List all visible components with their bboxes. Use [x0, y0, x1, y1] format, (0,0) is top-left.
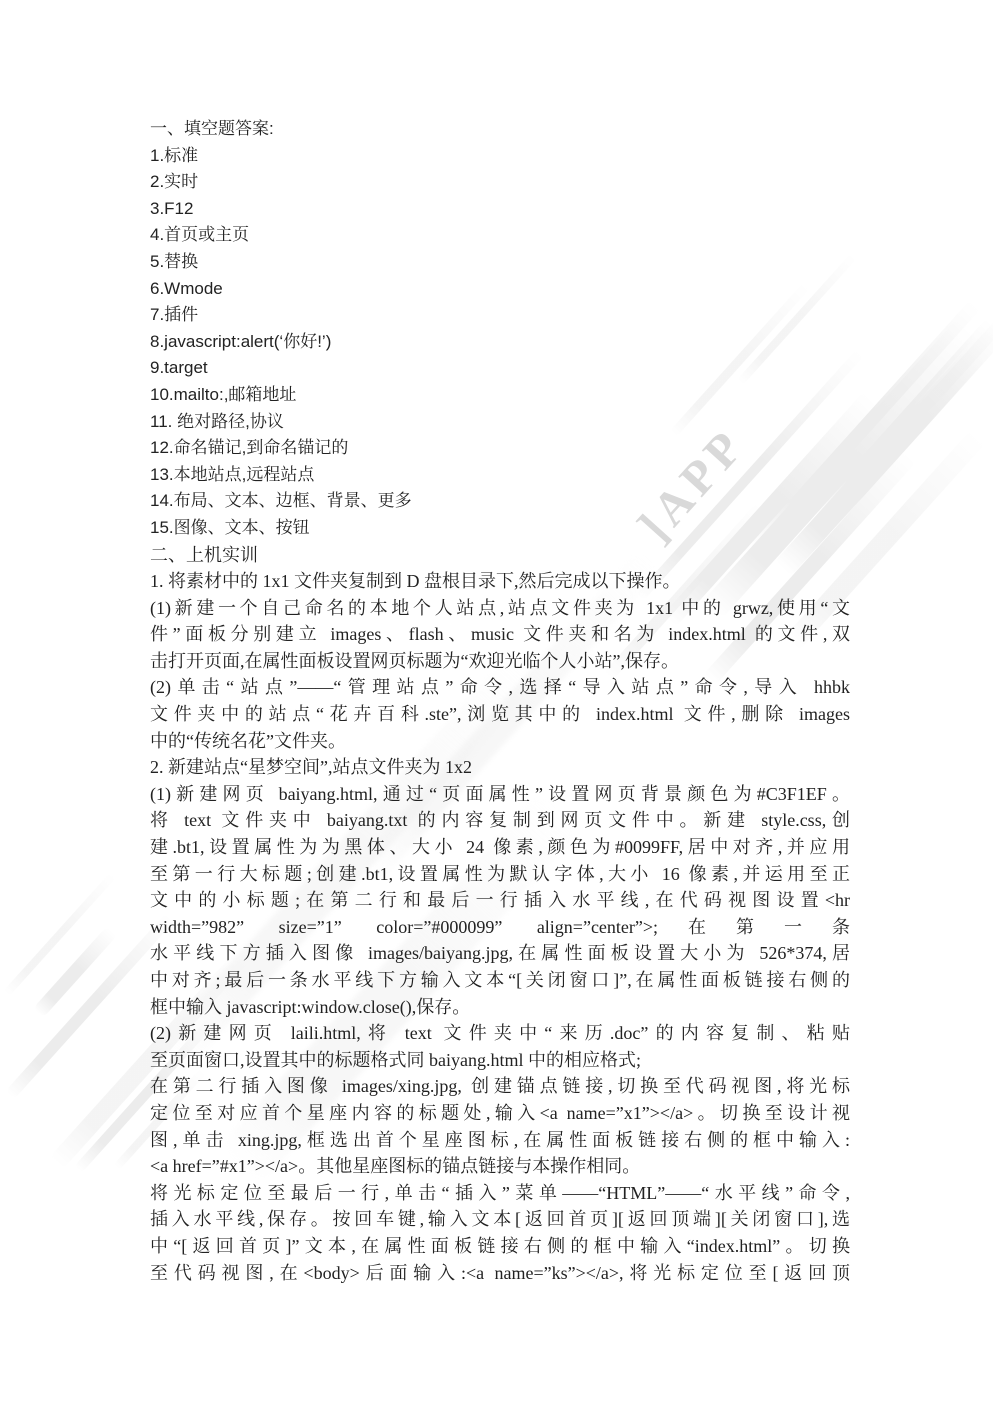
text-line: 文件夹中的站点“花卉百科.ste”,浏览其中的 index.html 文件,删除…: [150, 701, 850, 728]
text-line: 至页面窗口,设置其中的标题格式同 baiyang.html 中的相应格式;: [150, 1047, 850, 1074]
answer-line: 3.F12: [150, 196, 850, 223]
training-section-lines: 1. 将素材中的 1x1 文件夹复制到 D 盘根目录下,然后完成以下操作。(1)…: [150, 568, 850, 1286]
document-content: 一、填空题答案: 1.标准2.实时3.F124.首页或主页5.替换6.Wmode…: [150, 116, 850, 1286]
training-heading: 二、上机实训: [150, 542, 850, 569]
text-line: 中对齐;最后一条水平线下方输入文本“[关闭窗口]”,在属性面板链接右侧的: [150, 967, 850, 994]
answers-section: 一、填空题答案: 1.标准2.实时3.F124.首页或主页5.替换6.Wmode…: [150, 116, 850, 542]
text-line: 2. 新建站点“星梦空间”,站点文件夹为 1x2: [150, 754, 850, 781]
text-line: (1)新建网页 baiyang.html,通过“页面属性”设置网页背景颜色为#C…: [150, 781, 850, 808]
text-line: 至代码视图,在<body>后面输入:<a name=”ks”></a>,将光标定…: [150, 1260, 850, 1287]
answer-line: 13.本地站点,远程站点: [150, 462, 850, 489]
text-line: (2)单击“站点”——“管理站点”命令,选择“导入站点”命令,导入 hhbk: [150, 674, 850, 701]
text-line: 图,单击 xing.jpg,框选出首个星座图标,在属性面板链接右侧的框中输入:: [150, 1127, 850, 1154]
answer-line: 10.mailto:,邮箱地址: [150, 382, 850, 409]
text-line: 中“[返回首页]”文本,在属性面板链接右侧的框中输入“index.html”。切…: [150, 1233, 850, 1260]
answer-line: 1.标准: [150, 143, 850, 170]
text-line: 将 text 文件夹中 baiyang.txt 的内容复制到网页文件中。新建 s…: [150, 807, 850, 834]
brush-stroke: [860, 314, 993, 478]
text-line: 定位至对应首个星座内容的标题处,输入<a name=”x1”></a>。切换至设…: [150, 1100, 850, 1127]
text-line: (1)新建一个自己命名的本地个人站点,站点文件夹为 1x1 中的 grwz,使用…: [150, 595, 850, 622]
text-line: (2)新建网页 laili.html,将 text 文件夹中“来历.doc”的内…: [150, 1020, 850, 1047]
text-line: 件”面板分别建立 images、flash、music 文件夹和名为 index…: [150, 621, 850, 648]
brush-stroke: [3, 872, 116, 996]
text-line: 将光标定位至最后一行,单击“插入”菜单——“HTML”——“水平线”命令,: [150, 1180, 850, 1207]
text-line: 插入水平线,保存。按回车键,输入文本[返回首页][返回顶端][关闭窗口],选: [150, 1206, 850, 1233]
answer-line: 14.布局、文本、边框、背景、更多: [150, 488, 850, 515]
text-line: 在第二行插入图像 images/xing.jpg, 创建锚点链接,切换至代码视图…: [150, 1073, 850, 1100]
answer-line: 15.图像、文本、按钮: [150, 515, 850, 542]
brush-stroke: [33, 926, 117, 1017]
text-line: 水平线下方插入图像 images/baiyang.jpg,在属性面板设置大小为 …: [150, 940, 850, 967]
text-line: 中的“传统名花”文件夹。: [150, 728, 850, 755]
text-line: width=”982” size=”1” color=”#000099” ali…: [150, 914, 850, 941]
document-page: ]APP 一、填空题答案: 1.标准2.实时3.F124.首页或主页5.替换6.…: [0, 0, 993, 1404]
text-line: 文中的小标题;在第二行和最后一行插入水平线,在代码视图设置<hr: [150, 887, 850, 914]
text-line: 击打开页面,在属性面板设置网页标题为“欢迎光临个人小站”,保存。: [150, 648, 850, 675]
answer-line: 5.替换: [150, 249, 850, 276]
answer-line: 6.Wmode: [150, 276, 850, 303]
answer-line: 2.实时: [150, 169, 850, 196]
text-line: 至第一行大标题;创建.bt1,设置属性为默认字体,大小 16 像素,并运用至正: [150, 861, 850, 888]
answer-line: 11. 绝对路径,协议: [150, 409, 850, 436]
answer-line: 7.插件: [150, 302, 850, 329]
text-line: 框中输入 javascript:window.close(),保存。: [150, 994, 850, 1021]
training-section: 二、上机实训 1. 将素材中的 1x1 文件夹复制到 D 盘根目录下,然后完成以…: [150, 542, 850, 1287]
answers-section-lines: 1.标准2.实时3.F124.首页或主页5.替换6.Wmode7.插件8.jav…: [150, 143, 850, 542]
text-line: 建.bt1,设置属性为为黑体、大小 24 像素,颜色为#0099FF,居中对齐,…: [150, 834, 850, 861]
answers-heading: 一、填空题答案:: [150, 116, 850, 143]
answer-line: 8.javascript:alert(‘你好!’): [150, 329, 850, 356]
answer-line: 4.首页或主页: [150, 222, 850, 249]
answer-line: 12.命名锚记,到命名锚记的: [150, 435, 850, 462]
text-line: 1. 将素材中的 1x1 文件夹复制到 D 盘根目录下,然后完成以下操作。: [150, 568, 850, 595]
answer-line: 9.target: [150, 355, 850, 382]
text-line: <a href=”#x1”></a>。其他星座图标的锚点链接与本操作相同。: [150, 1153, 850, 1180]
